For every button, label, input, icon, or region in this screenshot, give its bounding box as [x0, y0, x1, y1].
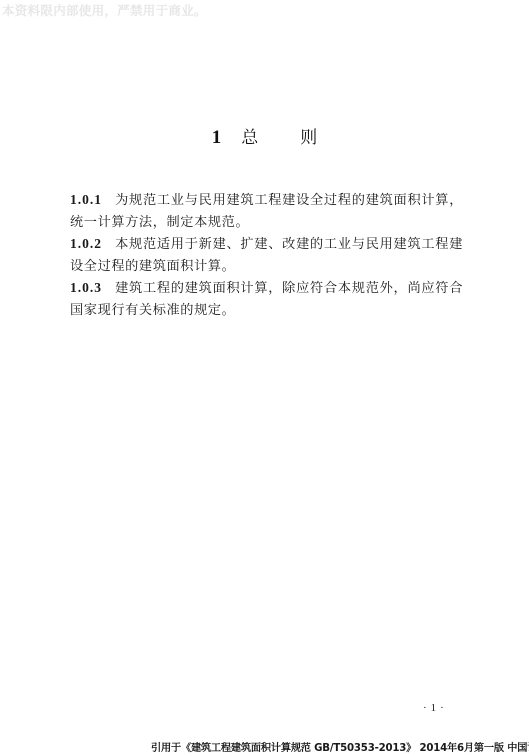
page-number: ·1·: [423, 702, 448, 714]
clause-1-0-1: 1.0.1为规范工业与民用建筑工程建设全过程的建筑面积计算，统一计算方法，制定本…: [70, 189, 463, 233]
citation-footer: 引用于《建筑工程建筑面积计算规范 GB/T50353-2013》 2014年6月…: [151, 739, 529, 754]
chapter-title-char-1: 总: [241, 128, 258, 148]
clause-number: 1.0.1: [70, 192, 102, 207]
clause-1-0-3: 1.0.3建筑工程的建筑面积计算，除应符合本规范外，尚应符合国家现行有关标准的规…: [70, 277, 463, 321]
chapter-number: 1: [212, 127, 222, 148]
chapter-title: 1总则: [0, 123, 529, 149]
document-body: 1.0.1为规范工业与民用建筑工程建设全过程的建筑面积计算，统一计算方法，制定本…: [70, 189, 463, 322]
watermark-text: 本资料限内部使用，严禁用于商业。: [2, 1, 207, 19]
clause-number: 1.0.3: [70, 280, 102, 295]
clause-number: 1.0.2: [70, 236, 102, 251]
clause-text: 本规范适用于新建、扩建、改建的工业与民用建筑工程建设全过程的建筑面积计算。: [70, 237, 463, 274]
clause-text: 为规范工业与民用建筑工程建设全过程的建筑面积计算，统一计算方法，制定本规范。: [70, 193, 463, 230]
clause-text: 建筑工程的建筑面积计算，除应符合本规范外，尚应符合国家现行有关标准的规定。: [70, 281, 463, 318]
chapter-title-char-2: 则: [300, 128, 317, 148]
clause-1-0-2: 1.0.2本规范适用于新建、扩建、改建的工业与民用建筑工程建设全过程的建筑面积计…: [70, 233, 463, 277]
